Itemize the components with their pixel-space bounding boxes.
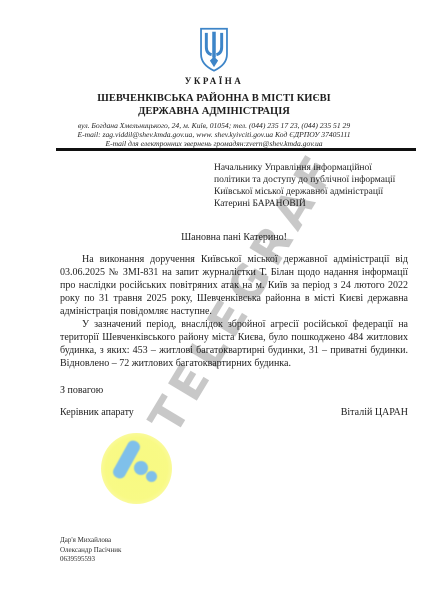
body-paragraph-1: На виконання доручення Київської міської… xyxy=(60,253,408,318)
stamp-logo xyxy=(101,433,172,504)
ukraine-trident-emblem xyxy=(0,27,428,78)
trident-icon xyxy=(196,27,232,73)
letter-body: На виконання доручення Київської міської… xyxy=(60,253,408,370)
email-line: E-mail: zag.viddil@shev.kmda.gov.ua, www… xyxy=(0,130,428,139)
organization-title-line1: ШЕВЧЕНКІВСЬКА РАЙОННА В МІСТІ КИЄВІ xyxy=(0,93,428,106)
executor-phone: 0639595593 xyxy=(60,555,121,565)
executor-name-1: Дар'я Михайлова xyxy=(60,536,121,546)
header-divider xyxy=(56,148,416,151)
closing-phrase: З повагою xyxy=(60,385,103,396)
organization-title-line2: ДЕРЖАВНА АДМІНІСТРАЦІЯ xyxy=(0,106,428,119)
recipient-name: Катерині БАРАНОВІЙ xyxy=(214,198,395,210)
stamp-dot-small xyxy=(146,471,157,482)
address-line: вул. Богдана Хмельницького, 24, м. Київ,… xyxy=(0,121,428,130)
contact-block: вул. Богдана Хмельницького, 24, м. Київ,… xyxy=(0,121,428,148)
executor-name-2: Олександр Пасічник xyxy=(60,546,121,556)
country-name: УКРАЇНА xyxy=(0,76,428,86)
signature-row: Керівник апарату Віталій ЦАРАН xyxy=(60,407,408,418)
recipient-line: політики та доступу до публічної інформа… xyxy=(214,174,395,186)
recipient-line: Начальнику Управління інформаційної xyxy=(214,162,395,174)
recipient-line: Київської міської державної адміністраці… xyxy=(214,186,395,198)
public-email-line: E-mail для електронних звернень громадян… xyxy=(0,139,428,148)
executor-block: Дар'я Михайлова Олександр Пасічник 06395… xyxy=(60,536,121,565)
recipient-block: Начальнику Управління інформаційної полі… xyxy=(214,162,395,210)
salutation: Шановна пані Катерино! xyxy=(60,232,408,243)
body-paragraph-2: У зазначений період, внаслідок збройної … xyxy=(60,318,408,370)
organization-title: ШЕВЧЕНКІВСЬКА РАЙОННА В МІСТІ КИЄВІ ДЕРЖ… xyxy=(0,93,428,118)
signer-position: Керівник апарату xyxy=(60,407,134,418)
document-page: TELEGRAF УКРАЇНА ШЕВЧЕНКІВСЬКА РАЙОННА В… xyxy=(0,0,428,607)
signer-name: Віталій ЦАРАН xyxy=(341,407,408,418)
